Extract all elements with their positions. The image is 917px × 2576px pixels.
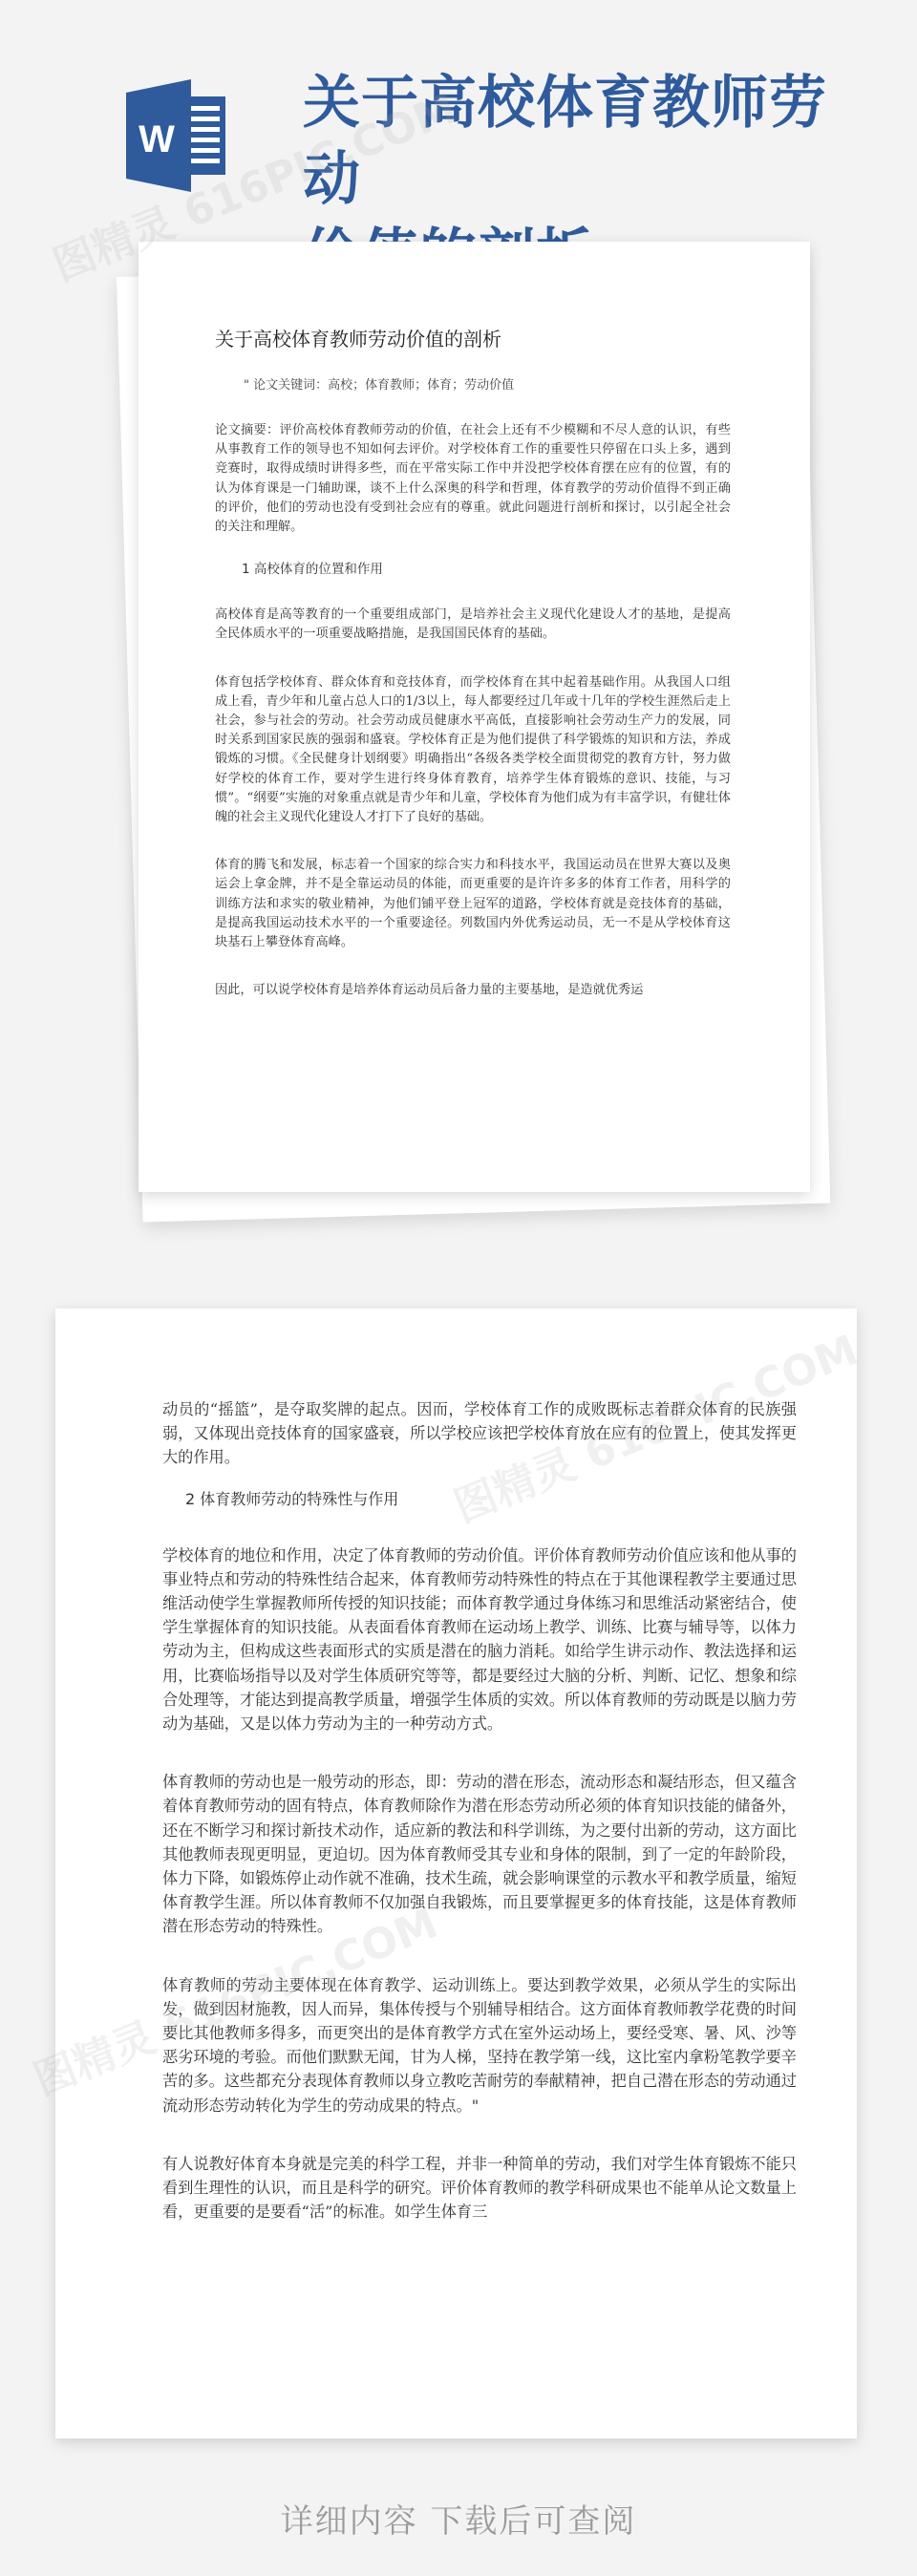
document-page-1: 关于高校体育教师劳动价值的剖析 " 论文关键词：高校；体育教师；体育；劳动价值 …	[139, 242, 810, 1192]
page-2-content: 动员的“摇篮”，是夺取奖牌的起点。因而，学校体育工作的成败既标志着群众体育的民族…	[162, 1309, 797, 2224]
header: W 关于高校体育教师劳动 价值的剖析	[0, 0, 917, 220]
paragraph: 有人说教好体育本身就是完美的科学工程，并非一种简单的劳动，我们对学生体育锻炼不能…	[162, 2152, 797, 2225]
download-notice[interactable]: 详细内容 下载后可查阅	[0, 2495, 917, 2542]
paragraph: 体育教师的劳动主要体现在体育教学、运动训练上。要达到教学效果，必须从学生的实际出…	[162, 1973, 797, 2118]
document-page-2: 动员的“摇篮”，是夺取奖牌的起点。因而，学校体育工作的成败既标志着群众体育的民族…	[55, 1309, 857, 2438]
paragraph: 体育包括学校体育、群众体育和竞技体育，而学校体育在其中起着基础作用。从我国人口组…	[215, 673, 731, 828]
paragraph: 动员的“摇篮”，是夺取奖牌的起点。因而，学校体育工作的成败既标志着群众体育的民族…	[162, 1397, 797, 1470]
section-2-heading: 2 体育教师劳动的特殊性与作用	[162, 1487, 797, 1509]
paragraph: 学校体育的地位和作用，决定了体育教师的劳动价值。评价体育教师劳动价值应该和他从事…	[162, 1543, 797, 1736]
paragraph: 体育的腾飞和发展，标志着一个国家的综合实力和科技水平，我国运动员在世界大赛以及奥…	[215, 856, 731, 952]
keywords: " 论文关键词：高校；体育教师；体育；劳动价值	[215, 374, 731, 393]
paragraph: 因此，可以说学校体育是培养体育运动员后备力量的主要基地，是造就优秀运	[215, 981, 731, 1000]
paragraph: 高校体育是高等教育的一个重要组成部门，是培养社会主义现代化建设人才的基地，是提高…	[215, 606, 731, 644]
title-line-1: 关于高校体育教师劳动	[164, 65, 871, 218]
section-1-heading: 1 高校体育的位置和作用	[215, 558, 731, 577]
abstract-paragraph: 论文摘要：评价高校体育教师劳动的价值，在社会上还有不少模糊和不尽人意的认识，有些…	[215, 421, 731, 537]
page-1-content: 关于高校体育教师劳动价值的剖析 " 论文关键词：高校；体育教师；体育；劳动价值 …	[215, 242, 731, 1000]
paragraph: 体育教师的劳动也是一般劳动的形态，即：劳动的潜在形态，流动形态和凝结形态，但又蕴…	[162, 1770, 797, 1938]
document-title: 关于高校体育教师劳动价值的剖析	[215, 324, 731, 351]
